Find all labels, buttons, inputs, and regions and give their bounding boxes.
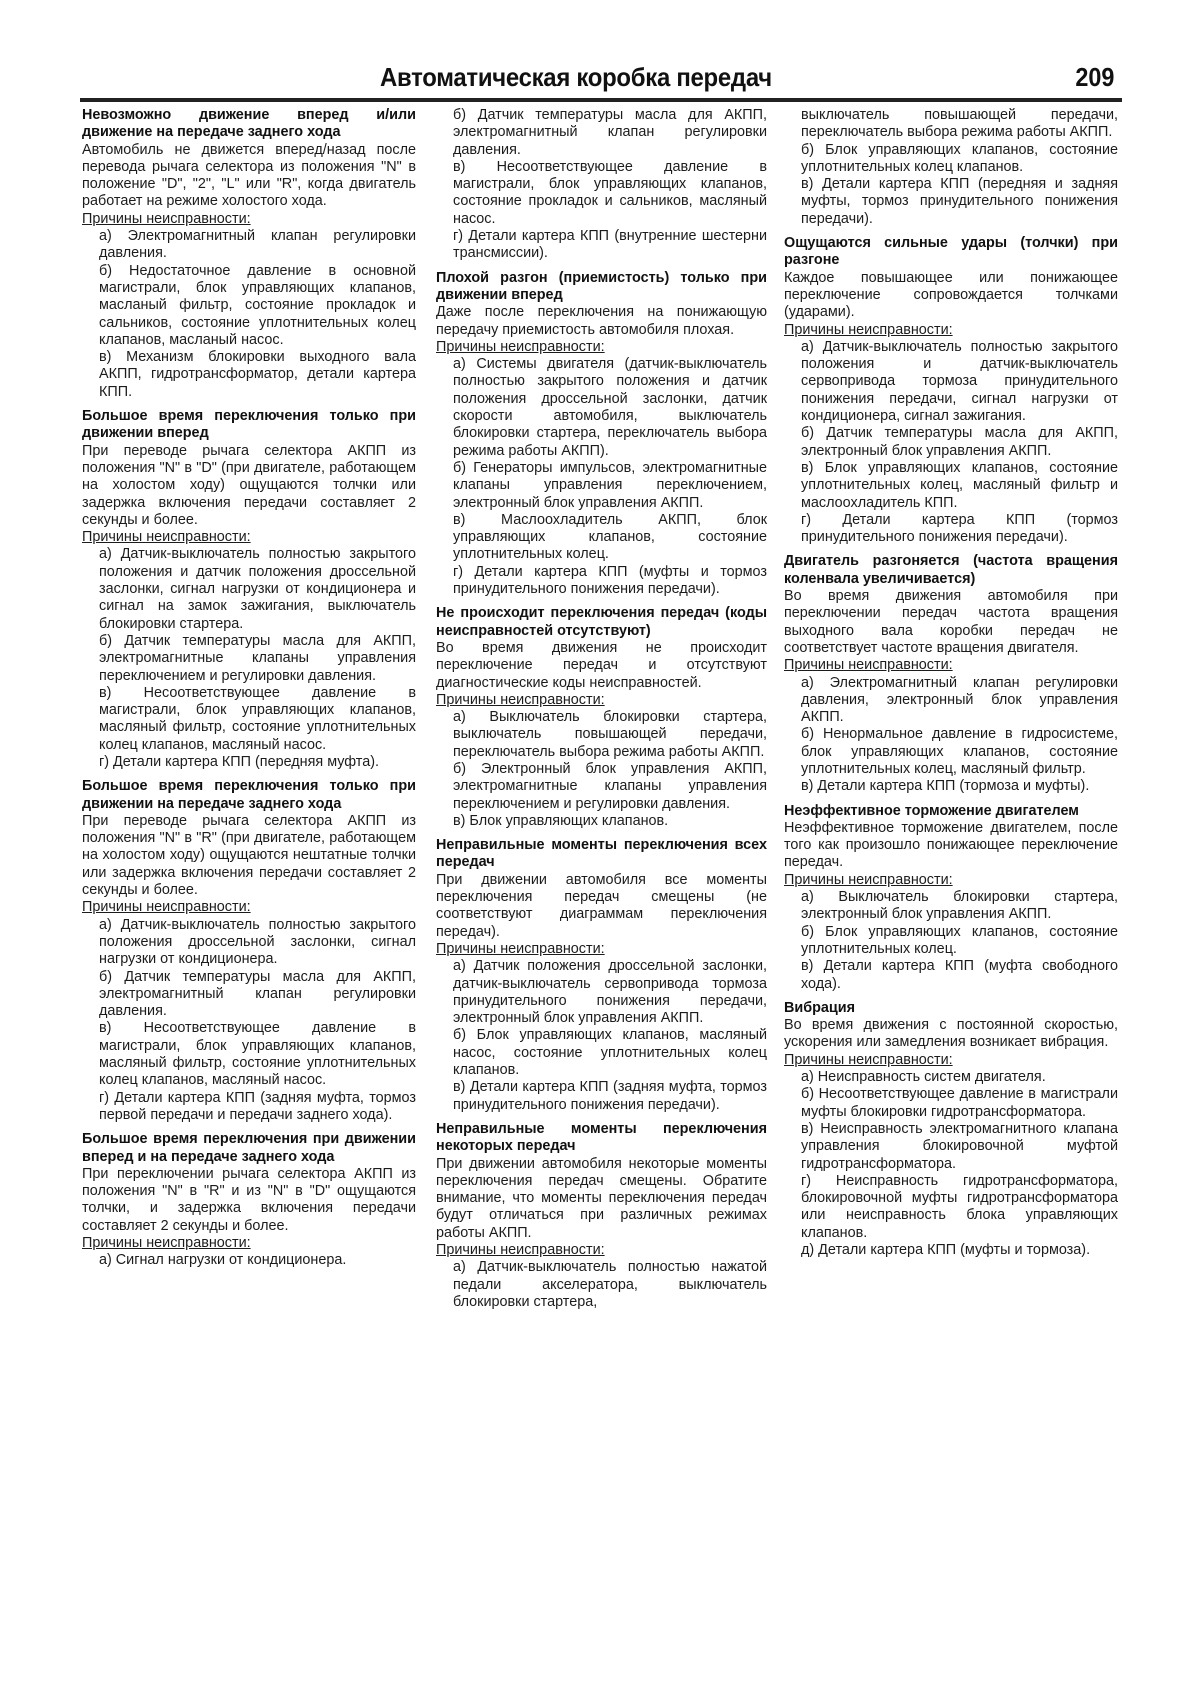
section-heading: Плохой разгон (приемистость) только при … [436,270,767,305]
causes-label: Причины неисправности: [82,211,416,228]
causes-label: Причины неисправности: [436,692,767,709]
cause-item: б) Генераторы импульсов, электромагнитны… [453,460,767,512]
section-long-shift-reverse: Большое время переключения только при дв… [82,778,416,1124]
section-heading: Большое время переключения только при дв… [82,778,416,813]
section-description: При переводе рычага селектора АКПП из по… [82,813,416,899]
cause-item: б) Недостаточное давление в основной маг… [99,263,416,349]
page-header: Автоматическая коробка передач 209 [80,58,1122,102]
cause-item: б) Блок управляющих клапанов, состояние … [801,924,1118,959]
section-description: Автомобиль не движется вперед/назад посл… [82,142,416,211]
causes-label: Причины неисправности: [82,529,416,546]
cause-item: в) Блок управляющих клапанов. [453,813,767,830]
section-continued: выключатель повышающей передачи, переклю… [784,107,1118,228]
section-hard-shocks: Ощущаются сильные удары (толчки) при раз… [784,235,1118,546]
causes-label: Причины неисправности: [82,1235,416,1252]
page-number: 209 [1075,62,1114,93]
cause-item: б) Датчик температуры масла для АКПП, эл… [99,969,416,1021]
cause-item: в) Механизм блокировки выходного вала АК… [99,349,416,401]
section-description: При движении автомобиля все моменты пере… [436,872,767,941]
section-description: Во время движения не происходит переключ… [436,640,767,692]
section-long-shift-both: Большое время переключения при движении … [82,1131,416,1269]
section-no-shift: Не происходит переключения передач (коды… [436,605,767,830]
section-heading: Невозможно движение вперед и/или движени… [82,107,416,142]
cause-item: а) Выключатель блокировки стартера, выкл… [453,709,767,761]
section-description: При движении автомобиля некоторые момент… [436,1156,767,1242]
section-description: Каждое повышающее или понижающее переклю… [784,270,1118,322]
cause-item: а) Сигнал нагрузки от кондиционера. [99,1252,416,1269]
cause-item: б) Блок управляющих клапанов, масляный н… [453,1027,767,1079]
section-heading: Неправильные моменты переключения некото… [436,1121,767,1156]
cause-item: б) Датчик температуры масла для АКПП, эл… [99,633,416,685]
cause-item: а) Датчик-выключатель полностью нажатой … [453,1259,767,1311]
section-description: Во время движения с постоянной скоростью… [784,1017,1118,1052]
causes-label: Причины неисправности: [784,1052,1118,1069]
cause-item: б) Датчик температуры масла для АКПП, эл… [801,425,1118,460]
section-engine-braking: Неэффективное торможение двигателем Неэф… [784,803,1118,993]
cause-item: в) Детали картера КПП (задняя муфта, тор… [453,1079,767,1114]
section-long-shift-forward: Большое время переключения только при дв… [82,408,416,771]
cause-item: выключатель повышающей передачи, переклю… [801,107,1118,142]
section-heading: Неэффективное торможение двигателем [784,803,1118,820]
cause-item: в) Несоответствующее давление в магистра… [453,159,767,228]
section-description: Неэффективное торможение двигателем, пос… [784,820,1118,872]
section-wrong-shift-all: Неправильные моменты переключения всех п… [436,837,767,1114]
section-heading: Большое время переключения только при дв… [82,408,416,443]
cause-item: б) Ненормальное давление в гидросистеме,… [801,726,1118,778]
section-wrong-shift-some: Неправильные моменты переключения некото… [436,1121,767,1311]
cause-item: в) Блок управляющих клапанов, состояние … [801,460,1118,512]
cause-item: б) Блок управляющих клапанов, состояние … [801,142,1118,177]
section-vibration: Вибрация Во время движения с постоянной … [784,1000,1118,1259]
causes-label: Причины неисправности: [784,657,1118,674]
cause-item: г) Детали картера КПП (муфты и тормоз пр… [453,564,767,599]
section-heading: Ощущаются сильные удары (толчки) при раз… [784,235,1118,270]
section-poor-acceleration: Плохой разгон (приемистость) только при … [436,270,767,599]
cause-item: б) Датчик температуры масла для АКПП, эл… [453,107,767,159]
cause-item: в) Детали картера КПП (муфта свободного … [801,958,1118,993]
section-no-movement: Невозможно движение вперед и/или движени… [82,107,416,401]
section-description: Даже после переключения на понижающую пе… [436,304,767,339]
cause-item: а) Неисправность систем двигателя. [801,1069,1118,1086]
causes-label: Причины неисправности: [436,941,767,958]
cause-item: в) Маслоохладитель АКПП, блок управляющи… [453,512,767,564]
cause-item: в) Детали картера КПП (передняя и задняя… [801,176,1118,228]
cause-item: а) Датчик-выключатель полностью закрытог… [801,339,1118,425]
cause-item: в) Детали картера КПП (тормоза и муфты). [801,778,1118,795]
section-engine-revs: Двигатель разгоняется (частота вращения … [784,553,1118,795]
column-middle: б) Датчик температуры масла для АКПП, эл… [436,107,767,1318]
section-heading: Неправильные моменты переключения всех п… [436,837,767,872]
section-description: Во время движения автомобиля при переклю… [784,588,1118,657]
causes-label: Причины неисправности: [436,1242,767,1259]
causes-label: Причины неисправности: [784,322,1118,339]
cause-item: в) Несоответствующее давление в магистра… [99,1020,416,1089]
cause-item: б) Электронный блок управления АКПП, эле… [453,761,767,813]
section-heading: Двигатель разгоняется (частота вращения … [784,553,1118,588]
column-left: Невозможно движение вперед и/или движени… [82,107,416,1277]
cause-item: г) Детали картера КПП (передняя муфта). [99,754,416,771]
section-heading: Большое время переключения при движении … [82,1131,416,1166]
cause-item: д) Детали картера КПП (муфты и тормоза). [801,1242,1118,1259]
cause-item: г) Детали картера КПП (задняя муфта, тор… [99,1090,416,1125]
cause-item: б) Несоответствующее давление в магистра… [801,1086,1118,1121]
cause-item: а) Выключатель блокировки стартера, элек… [801,889,1118,924]
section-description: При переключении рычага селектора АКПП и… [82,1166,416,1235]
causes-label: Причины неисправности: [436,339,767,356]
section-description: При переводе рычага селектора АКПП из по… [82,443,416,529]
cause-item: в) Несоответствующее давление в магистра… [99,685,416,754]
cause-item: г) Детали картера КПП (тормоз принудител… [801,512,1118,547]
causes-label: Причины неисправности: [82,899,416,916]
cause-item: а) Электромагнитный клапан регулировки д… [801,675,1118,727]
section-heading: Не происходит переключения передач (коды… [436,605,767,640]
cause-item: в) Неисправность электромагнитного клапа… [801,1121,1118,1173]
cause-item: г) Детали картера КПП (внутренние шестер… [453,228,767,263]
section-heading: Вибрация [784,1000,1118,1017]
cause-item: а) Системы двигателя (датчик-выключатель… [453,356,767,460]
page-title: Автоматическая коробка передач [380,62,772,93]
cause-item: а) Датчик-выключатель полностью закрытог… [99,546,416,632]
cause-item: а) Электромагнитный клапан регулировки д… [99,228,416,263]
cause-item: а) Датчик-выключатель полностью закрытог… [99,917,416,969]
cause-item: г) Неисправность гидротрансформатора, бл… [801,1173,1118,1242]
section-continued: б) Датчик температуры масла для АКПП, эл… [436,107,767,263]
cause-item: а) Датчик положения дроссельной заслонки… [453,958,767,1027]
causes-label: Причины неисправности: [784,872,1118,889]
column-right: выключатель повышающей передачи, переклю… [784,107,1118,1266]
